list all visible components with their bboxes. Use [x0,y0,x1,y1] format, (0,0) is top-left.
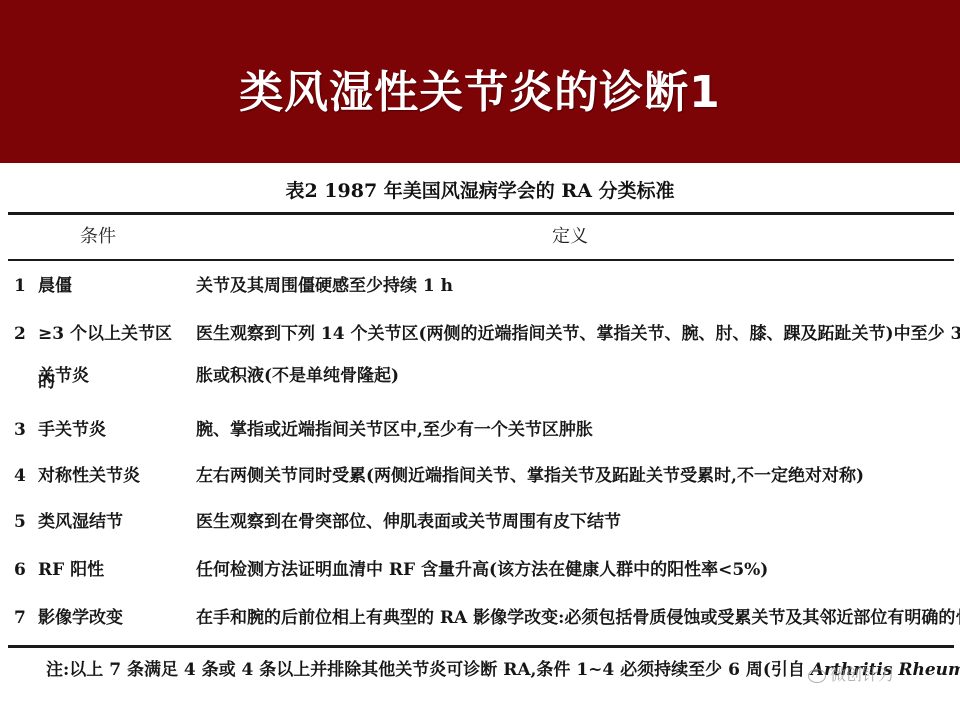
row-number: 4 [14,452,26,500]
row-number: 1 [14,262,26,310]
row-definition-line2: 胀或积液(不是单纯骨隆起) [196,352,956,400]
table-header-rule [8,259,954,261]
row-definition-line1: 医生观察到下列 14 个关节区(两侧的近端指间关节、掌指关节、腕、肘、膝、踝及跖… [196,310,956,358]
table-caption: 表2 1987 年美国风湿病学会的 RA 分类标准 [0,176,960,203]
watermark: 微创针刀 [808,662,894,685]
row-number: 3 [14,406,26,454]
table-top-rule [8,212,954,215]
header-definition: 定义 [552,222,588,248]
row-condition: 手关节炎 [38,406,188,454]
row-condition: RF 阳性 [38,546,188,594]
title-banner: 类风湿性关节炎的诊断1 [0,0,960,163]
row-condition-line2: 关节炎 [38,352,188,400]
row-definition: 腕、掌指或近端指间关节区中,至少有一个关节区肿胀 [196,406,956,454]
footnote-text: 注:以上 7 条满足 4 条或 4 条以上并排除其他关节炎可诊断 RA,条件 1… [46,660,811,680]
row-condition: 对称性关节炎 [38,452,188,500]
wechat-icon [808,669,826,683]
row-condition: 晨僵 [38,262,188,310]
row-definition: 任何检测方法证明血清中 RF 含量升高(该方法在健康人群中的阳性率<5%) [196,546,956,594]
row-number: 5 [14,498,26,546]
header-condition: 条件 [80,222,116,248]
row-number: 2 [14,310,26,358]
table-bottom-rule [8,645,954,648]
row-number: 6 [14,546,26,594]
row-condition: 类风湿结节 [38,498,188,546]
slide-title: 类风湿性关节炎的诊断1 [0,56,960,120]
row-definition: 医生观察到在骨突部位、伸肌表面或关节周围有皮下结节 [196,498,956,546]
row-definition: 左右两侧关节同时受累(两侧近端指间关节、掌指关节及跖趾关节受累时,不一定绝对对称… [196,452,956,500]
watermark-text: 微创针刀 [830,665,894,684]
row-number: 7 [14,594,26,642]
row-definition: 关节及其周围僵硬感至少持续 1 h [196,262,956,310]
row-condition: 影像学改变 [38,594,188,642]
row-definition: 在手和腕的后前位相上有典型的 RA 影像学改变:必须包括骨质侵蚀或受累关节及其邻… [196,594,956,642]
